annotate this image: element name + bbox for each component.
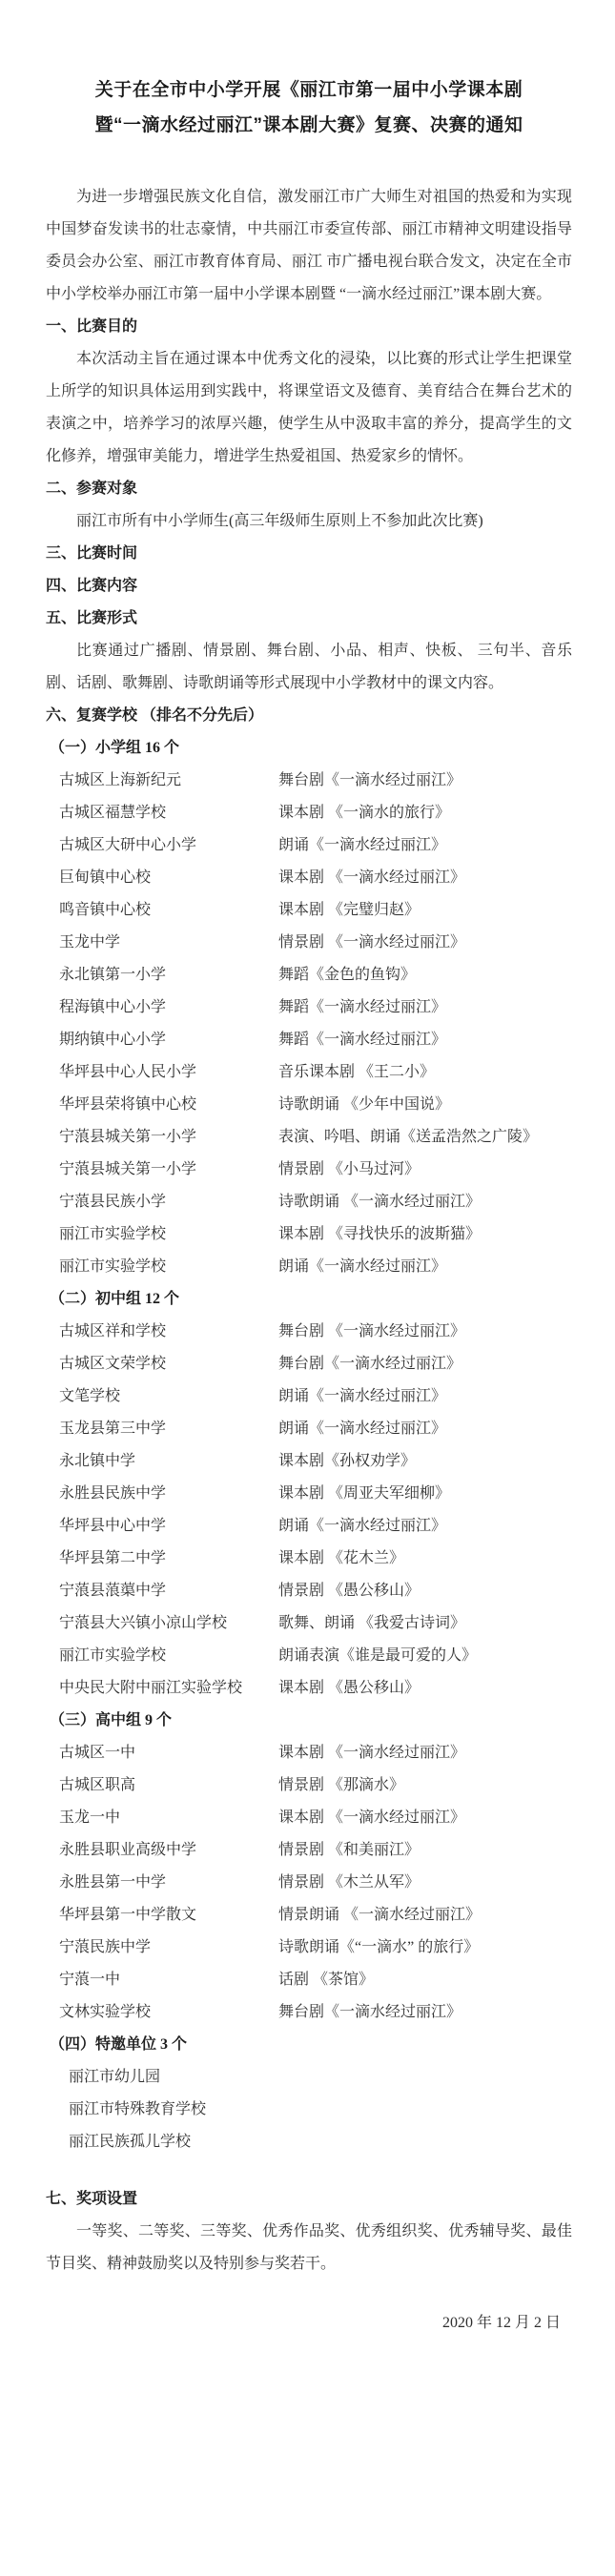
program-name: 舞台剧 《一滴水经过丽江》 (278, 1316, 572, 1348)
school-name: 华坪县第一中学散文 (59, 1899, 278, 1932)
finalist-row-junior: 宁蒗县大兴镇小凉山学校 歌舞、朗诵 《我爱古诗词》 (46, 1607, 572, 1640)
finalist-row-primary: 宁蒗县城关第一小学 情景剧 《小马过河》 (46, 1154, 572, 1186)
purpose-paragraph: 本次活动主旨在通过课本中优秀文化的浸染，以比赛的形式让学生把课堂上所学的知识具体… (46, 343, 572, 473)
school-name: 古城区文荣学校 (59, 1348, 278, 1380)
finalist-row-senior: 宁蒗民族中学 诗歌朗诵《“一滴水” 的旅行》 (46, 1932, 572, 1964)
school-name: 丽江市特殊教育学校 (69, 2094, 288, 2126)
school-name: 宁蒗一中 (59, 1964, 278, 1996)
school-name: 丽江市实验学校 (59, 1251, 278, 1283)
finalist-row-senior: 古城区一中 课本剧 《一滴水经过丽江》 (46, 1737, 572, 1769)
section-heading-content: 四、比赛内容 (46, 570, 572, 603)
school-name: 宁蒗县民族小学 (59, 1186, 278, 1218)
school-name: 永胜县第一中学 (59, 1867, 278, 1899)
program-name: 舞蹈《一滴水经过丽江》 (278, 992, 572, 1024)
section-heading-finalists: 六、复赛学校 （排名不分先后） (46, 700, 572, 732)
finalist-row-junior: 古城区祥和学校 舞台剧 《一滴水经过丽江》 (46, 1316, 572, 1348)
finalist-row-primary: 宁蒗县民族小学 诗歌朗诵 《一滴水经过丽江》 (46, 1186, 572, 1218)
school-name: 宁蒗县城关第一小学 (59, 1121, 278, 1154)
intro-paragraph: 为进一步增强民族文化自信，激发丽江市广大师生对祖国的热爱和为实现中国梦奋发读书的… (46, 181, 572, 311)
program-name: 诗歌朗诵 《少年中国说》 (278, 1089, 572, 1121)
school-name: 玉龙县第三中学 (59, 1413, 278, 1445)
finalist-row-primary: 丽江市实验学校 课本剧 《寻找快乐的波斯猫》 (46, 1218, 572, 1251)
school-name: 古城区职高 (59, 1769, 278, 1802)
finalist-row-invited: 丽江民族孤儿学校 (46, 2126, 572, 2158)
program-name: 舞台剧《一滴水经过丽江》 (278, 1996, 572, 2029)
program-name: 课本剧 《一滴水的旅行》 (278, 797, 572, 829)
program-name: 课本剧 《寻找快乐的波斯猫》 (278, 1218, 572, 1251)
school-name: 华坪县中心人民小学 (59, 1056, 278, 1089)
school-name: 永胜县职业高级中学 (59, 1834, 278, 1867)
finalist-row-primary: 古城区上海新纪元 舞台剧《一滴水经过丽江》 (46, 765, 572, 797)
finalist-row-primary: 华坪县荣将镇中心校 诗歌朗诵 《少年中国说》 (46, 1089, 572, 1121)
program-name: 朗诵《一滴水经过丽江》 (278, 1413, 572, 1445)
group-heading-primary: （一）小学组 16 个 (50, 732, 572, 765)
school-name: 宁蒗县蒗蕖中学 (59, 1575, 278, 1607)
school-name: 玉龙一中 (59, 1802, 278, 1834)
school-name: 鸣音镇中心校 (59, 894, 278, 927)
program-name: 诗歌朗诵《“一滴水” 的旅行》 (278, 1932, 572, 1964)
school-name: 中央民大附中丽江实验学校 (59, 1672, 278, 1705)
program-name: 情景剧 《一滴水经过丽江》 (278, 927, 572, 959)
program-name: 课本剧 《完璧归赵》 (278, 894, 572, 927)
program-name: 诗歌朗诵 《一滴水经过丽江》 (278, 1186, 572, 1218)
program-name: 课本剧 《周亚夫军细柳》 (278, 1478, 572, 1510)
finalist-row-primary: 永北镇第一小学 舞蹈《金色的鱼钩》 (46, 959, 572, 992)
finalist-row-junior: 古城区文荣学校 舞台剧《一滴水经过丽江》 (46, 1348, 572, 1380)
school-name: 永北镇第一小学 (59, 959, 278, 992)
program-name: 情景剧 《木兰从军》 (278, 1867, 572, 1899)
school-name: 古城区福慧学校 (59, 797, 278, 829)
format-paragraph: 比赛通过广播剧、情景剧、舞台剧、小品、相声、快板、 三句半、音乐剧、话剧、歌舞剧… (46, 635, 572, 700)
program-name: 舞蹈《一滴水经过丽江》 (278, 1024, 572, 1056)
program-name: 朗诵《一滴水经过丽江》 (278, 1251, 572, 1283)
finalist-row-senior: 宁蒗一中 话剧 《茶馆》 (46, 1964, 572, 1996)
program-name: 情景剧 《和美丽江》 (278, 1834, 572, 1867)
section-heading-schedule: 三、比赛时间 (46, 538, 572, 570)
document-date: 2020 年 12 月 2 日 (46, 2307, 572, 2340)
finalist-row-senior: 古城区职高 情景剧 《那滴水》 (46, 1769, 572, 1802)
finalist-row-senior: 华坪县第一中学散文 情景朗诵 《一滴水经过丽江》 (46, 1899, 572, 1932)
program-name: 舞台剧《一滴水经过丽江》 (278, 765, 572, 797)
program-name: 情景朗诵 《一滴水经过丽江》 (278, 1899, 572, 1932)
finalist-row-junior: 中央民大附中丽江实验学校 课本剧 《愚公移山》 (46, 1672, 572, 1705)
finalist-row-junior: 文笔学校 朗诵《一滴水经过丽江》 (46, 1380, 572, 1413)
finalist-row-junior: 华坪县中心中学 朗诵《一滴水经过丽江》 (46, 1510, 572, 1543)
school-name: 永北镇中学 (59, 1445, 278, 1478)
program-name: 课本剧 《花木兰》 (278, 1543, 572, 1575)
school-name: 巨甸镇中心校 (59, 862, 278, 894)
school-name: 古城区上海新纪元 (59, 765, 278, 797)
finalist-row-junior: 永胜县民族中学 课本剧 《周亚夫军细柳》 (46, 1478, 572, 1510)
school-name: 宁蒗民族中学 (59, 1932, 278, 1964)
school-name: 古城区一中 (59, 1737, 278, 1769)
program-name: 情景剧 《小马过河》 (278, 1154, 572, 1186)
document-title-line2: 暨“一滴水经过丽江”课本剧大赛》复赛、决赛的通知 (46, 108, 572, 143)
program-name: 音乐课本剧 《王二小》 (278, 1056, 572, 1089)
school-name: 丽江市幼儿园 (69, 2061, 288, 2094)
finalist-row-junior: 丽江市实验学校 朗诵表演《谁是最可爱的人》 (46, 1640, 572, 1672)
finalist-row-primary: 期纳镇中心小学 舞蹈《一滴水经过丽江》 (46, 1024, 572, 1056)
section-heading-participants: 二、参赛对象 (46, 473, 572, 505)
program-name: 情景剧 《愚公移山》 (278, 1575, 572, 1607)
section-heading-format: 五、比赛形式 (46, 603, 572, 635)
section-heading-purpose: 一、比赛目的 (46, 311, 572, 343)
school-name: 永胜县民族中学 (59, 1478, 278, 1510)
school-name: 华坪县第二中学 (59, 1543, 278, 1575)
finalist-row-primary: 丽江市实验学校 朗诵《一滴水经过丽江》 (46, 1251, 572, 1283)
school-name: 华坪县荣将镇中心校 (59, 1089, 278, 1121)
finalist-row-senior: 永胜县第一中学 情景剧 《木兰从军》 (46, 1867, 572, 1899)
program-name: 朗诵《一滴水经过丽江》 (278, 1510, 572, 1543)
finalist-row-primary: 程海镇中心小学 舞蹈《一滴水经过丽江》 (46, 992, 572, 1024)
program-name: 情景剧 《那滴水》 (278, 1769, 572, 1802)
finalist-row-primary: 玉龙中学 情景剧 《一滴水经过丽江》 (46, 927, 572, 959)
group-heading-junior: （二）初中组 12 个 (50, 1283, 572, 1316)
finalist-row-junior: 永北镇中学 课本剧《孙权劝学》 (46, 1445, 572, 1478)
program-name: 话剧 《茶馆》 (278, 1964, 572, 1996)
school-name: 丽江市实验学校 (59, 1218, 278, 1251)
program-name (288, 2094, 572, 2126)
school-name: 华坪县中心中学 (59, 1510, 278, 1543)
program-name (288, 2061, 572, 2094)
school-name: 古城区大研中心小学 (59, 829, 278, 862)
notice-document: 关于在全市中小学开展《丽江市第一届中小学课本剧 暨“一滴水经过丽江”课本剧大赛》… (0, 0, 615, 2576)
section-heading-awards: 七、奖项设置 (46, 2183, 572, 2216)
program-name: 课本剧《孙权劝学》 (278, 1445, 572, 1478)
finalist-row-primary: 宁蒗县城关第一小学 表演、吟唱、朗诵《送孟浩然之广陵》 (46, 1121, 572, 1154)
program-name (288, 2126, 572, 2158)
participants-line: 丽江市所有中小学师生(高三年级师生原则上不参加此次比赛) (46, 505, 572, 538)
program-name: 课本剧 《愚公移山》 (278, 1672, 572, 1705)
program-name: 歌舞、朗诵 《我爱古诗词》 (278, 1607, 572, 1640)
finalist-row-invited: 丽江市特殊教育学校 (46, 2094, 572, 2126)
finalist-row-junior: 玉龙县第三中学 朗诵《一滴水经过丽江》 (46, 1413, 572, 1445)
school-name: 古城区祥和学校 (59, 1316, 278, 1348)
finalist-row-senior: 玉龙一中 课本剧 《一滴水经过丽江》 (46, 1802, 572, 1834)
program-name: 课本剧 《一滴水经过丽江》 (278, 1737, 572, 1769)
finalist-row-junior: 宁蒗县蒗蕖中学 情景剧 《愚公移山》 (46, 1575, 572, 1607)
document-title-line1: 关于在全市中小学开展《丽江市第一届中小学课本剧 (46, 72, 572, 108)
finalist-row-senior: 永胜县职业高级中学 情景剧 《和美丽江》 (46, 1834, 572, 1867)
school-name: 文林实验学校 (59, 1996, 278, 2029)
program-name: 舞台剧《一滴水经过丽江》 (278, 1348, 572, 1380)
school-name: 丽江市实验学校 (59, 1640, 278, 1672)
finalist-row-senior: 文林实验学校 舞台剧《一滴水经过丽江》 (46, 1996, 572, 2029)
school-name: 宁蒗县城关第一小学 (59, 1154, 278, 1186)
finalist-row-invited: 丽江市幼儿园 (46, 2061, 572, 2094)
finalist-row-junior: 华坪县第二中学 课本剧 《花木兰》 (46, 1543, 572, 1575)
program-name: 表演、吟唱、朗诵《送孟浩然之广陵》 (278, 1121, 572, 1154)
program-name: 朗诵表演《谁是最可爱的人》 (278, 1640, 572, 1672)
awards-paragraph: 一等奖、二等奖、三等奖、优秀作品奖、优秀组织奖、优秀辅导奖、最佳节目奖、精神鼓励… (46, 2216, 572, 2280)
finalist-row-primary: 古城区福慧学校 课本剧 《一滴水的旅行》 (46, 797, 572, 829)
finalist-row-primary: 鸣音镇中心校 课本剧 《完璧归赵》 (46, 894, 572, 927)
group-heading-senior: （三）高中组 9 个 (50, 1705, 572, 1737)
school-name: 文笔学校 (59, 1380, 278, 1413)
school-name: 宁蒗县大兴镇小凉山学校 (59, 1607, 278, 1640)
school-name: 期纳镇中心小学 (59, 1024, 278, 1056)
school-name: 丽江民族孤儿学校 (69, 2126, 288, 2158)
program-name: 课本剧 《一滴水经过丽江》 (278, 862, 572, 894)
program-name: 朗诵《一滴水经过丽江》 (278, 1380, 572, 1413)
finalist-row-primary: 古城区大研中心小学 朗诵《一滴水经过丽江》 (46, 829, 572, 862)
program-name: 朗诵《一滴水经过丽江》 (278, 829, 572, 862)
finalist-row-primary: 华坪县中心人民小学 音乐课本剧 《王二小》 (46, 1056, 572, 1089)
school-name: 程海镇中心小学 (59, 992, 278, 1024)
program-name: 课本剧 《一滴水经过丽江》 (278, 1802, 572, 1834)
school-name: 玉龙中学 (59, 927, 278, 959)
group-heading-invited: （四）特邀单位 3 个 (50, 2029, 572, 2061)
program-name: 舞蹈《金色的鱼钩》 (278, 959, 572, 992)
finalist-row-primary: 巨甸镇中心校 课本剧 《一滴水经过丽江》 (46, 862, 572, 894)
